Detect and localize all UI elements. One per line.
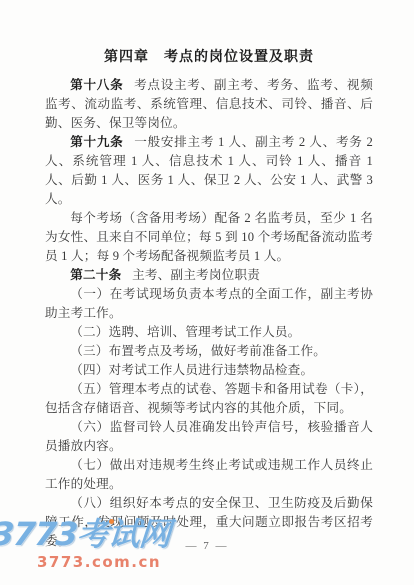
article-number: 第十八条 bbox=[70, 78, 123, 92]
paragraph-text: （三）布置考点及考场，做好考前准备工作。 bbox=[70, 344, 326, 358]
paragraph-text: 每个考场（含备用考场）配备 2 名监考员，至少 1 名为女性、且来自不同单位；每… bbox=[45, 211, 373, 263]
paragraph-text: （七）做出对违规考生终止考试或违规工作人员终止工作的处理。 bbox=[45, 458, 373, 491]
chapter-title: 第四章 考点的岗位设置及职责 bbox=[45, 46, 373, 66]
paragraph-duty-7: （七）做出对违规考生终止考试或违规工作人员终止工作的处理。 bbox=[45, 456, 373, 494]
paragraph-text: （四）对考试工作人员进行违禁物品检查。 bbox=[70, 363, 313, 377]
paragraph-text: （六）监督司铃人员准确发出铃声信号，核验播音人员播放内容。 bbox=[45, 420, 373, 453]
paragraph-duty-2: （二）选聘、培训、管理考试工作人员。 bbox=[45, 323, 373, 342]
paragraph-duty-1: （一）在考试现场负责本考点的全面工作，副主考协助主考工作。 bbox=[45, 285, 373, 323]
article-number: 第二十条 bbox=[70, 268, 121, 282]
paragraph-text: （二）选聘、培训、管理考试工作人员。 bbox=[70, 325, 300, 339]
paragraph-text: 主考、副主考岗位职责 bbox=[132, 268, 260, 282]
document-page: 第四章 考点的岗位设置及职责 第十八条考点设主考、副主考、考务、监考、视频监考、… bbox=[0, 0, 414, 585]
paragraph-duty-6: （六）监督司铃人员准确发出铃声信号，核验播音人员播放内容。 bbox=[45, 418, 373, 456]
paragraph-duty-4: （四）对考试工作人员进行违禁物品检查。 bbox=[45, 361, 373, 380]
paragraph-duty-5: （五）管理本考点的试卷、答题卡和备用试卷（卡），包括含存储语音、视频等考试内容的… bbox=[45, 380, 373, 418]
paragraph-exam-room-staffing: 每个考场（含备用考场）配备 2 名监考员，至少 1 名为女性、且来自不同单位；每… bbox=[45, 209, 373, 266]
watermark-domain: 3773.com.cn bbox=[37, 553, 170, 571]
article-number: 第十九条 bbox=[70, 135, 123, 149]
paragraph-text: （五）管理本考点的试卷、答题卡和备用试卷（卡），包括含存储语音、视频等考试内容的… bbox=[45, 382, 373, 415]
paragraph-article-19: 第十九条一般安排主考 1 人、副主考 2 人、考务 2 人、系统管理 1 人、信… bbox=[45, 133, 373, 209]
paragraph-article-20: 第二十条主考、副主考岗位职责 bbox=[45, 266, 373, 285]
page-number: — 7 — bbox=[0, 540, 414, 552]
paragraph-duty-3: （三）布置考点及考场，做好考前准备工作。 bbox=[45, 342, 373, 361]
paragraph-article-18: 第十八条考点设主考、副主考、考务、监考、视频监考、流动监考、系统管理、信息技术、… bbox=[45, 76, 373, 133]
document-body: 第四章 考点的岗位设置及职责 第十八条考点设主考、副主考、考务、监考、视频监考、… bbox=[45, 46, 373, 551]
paragraph-text: （一）在考试现场负责本考点的全面工作，副主考协助主考工作。 bbox=[45, 287, 373, 320]
